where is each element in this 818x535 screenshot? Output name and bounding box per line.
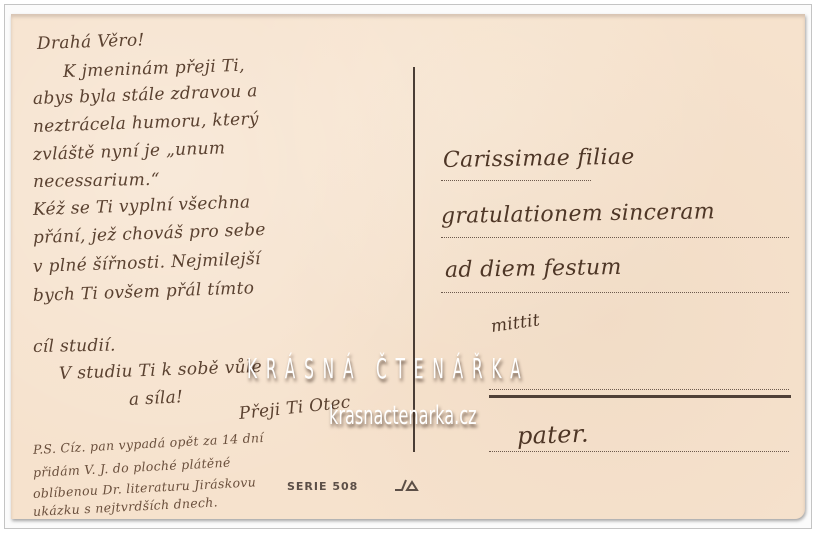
message-line: cíl studií.	[33, 336, 116, 357]
address-line: gratulationem sinceram	[441, 199, 715, 229]
message-line: přání, jež chováš pro sebe	[33, 220, 266, 248]
message-line: Kéž se Ti vyplní všechna	[33, 192, 251, 220]
message-line: a síla!	[128, 387, 183, 410]
message-line: neztrácela humoru, který	[33, 109, 259, 137]
address-line: Carissimae filiae	[443, 145, 635, 173]
publisher-logo-icon	[394, 478, 420, 492]
address-dotted-line	[441, 237, 789, 238]
address-dotted-line	[489, 389, 789, 390]
message-line: V studiu Ti k sobě vůle	[59, 357, 263, 384]
center-divider-line	[413, 67, 415, 452]
watermark-title: KRÁSNÁ ČTENÁŘKA	[247, 352, 529, 385]
message-line: v plné šířnosti. Nejmilejší	[33, 249, 261, 277]
message-line: zvláště nyní je „unum	[33, 138, 226, 165]
message-line: bych Ti ovšem přál tímto	[33, 278, 255, 306]
postcard-back: Drahá Věro! K jmeninám přeji Ti, abys by…	[11, 14, 805, 519]
series-label: SERIE 508	[287, 480, 358, 493]
address-line: ad diem festum	[445, 255, 622, 283]
address-dotted-line	[489, 451, 789, 452]
postscript-line: oblíbenou Dr. literaturu Jiráskovu	[33, 474, 257, 501]
address-solid-line	[489, 395, 791, 398]
message-line: K jmeninám přeji Ti,	[63, 56, 246, 82]
message-line: abys byla stále zdravou a	[33, 81, 258, 109]
address-line: mittit	[490, 310, 542, 337]
postscript-line: P.S. Cíz. pan vypadá opět za 14 dní	[33, 430, 264, 457]
address-dotted-line	[441, 180, 591, 181]
address-dotted-line	[441, 292, 789, 293]
message-line: necessarium.“	[33, 170, 160, 192]
watermark-url: krasnactenarka.cz	[329, 401, 477, 431]
address-signature: pater.	[517, 420, 590, 450]
message-line: Drahá Věro!	[37, 30, 145, 54]
